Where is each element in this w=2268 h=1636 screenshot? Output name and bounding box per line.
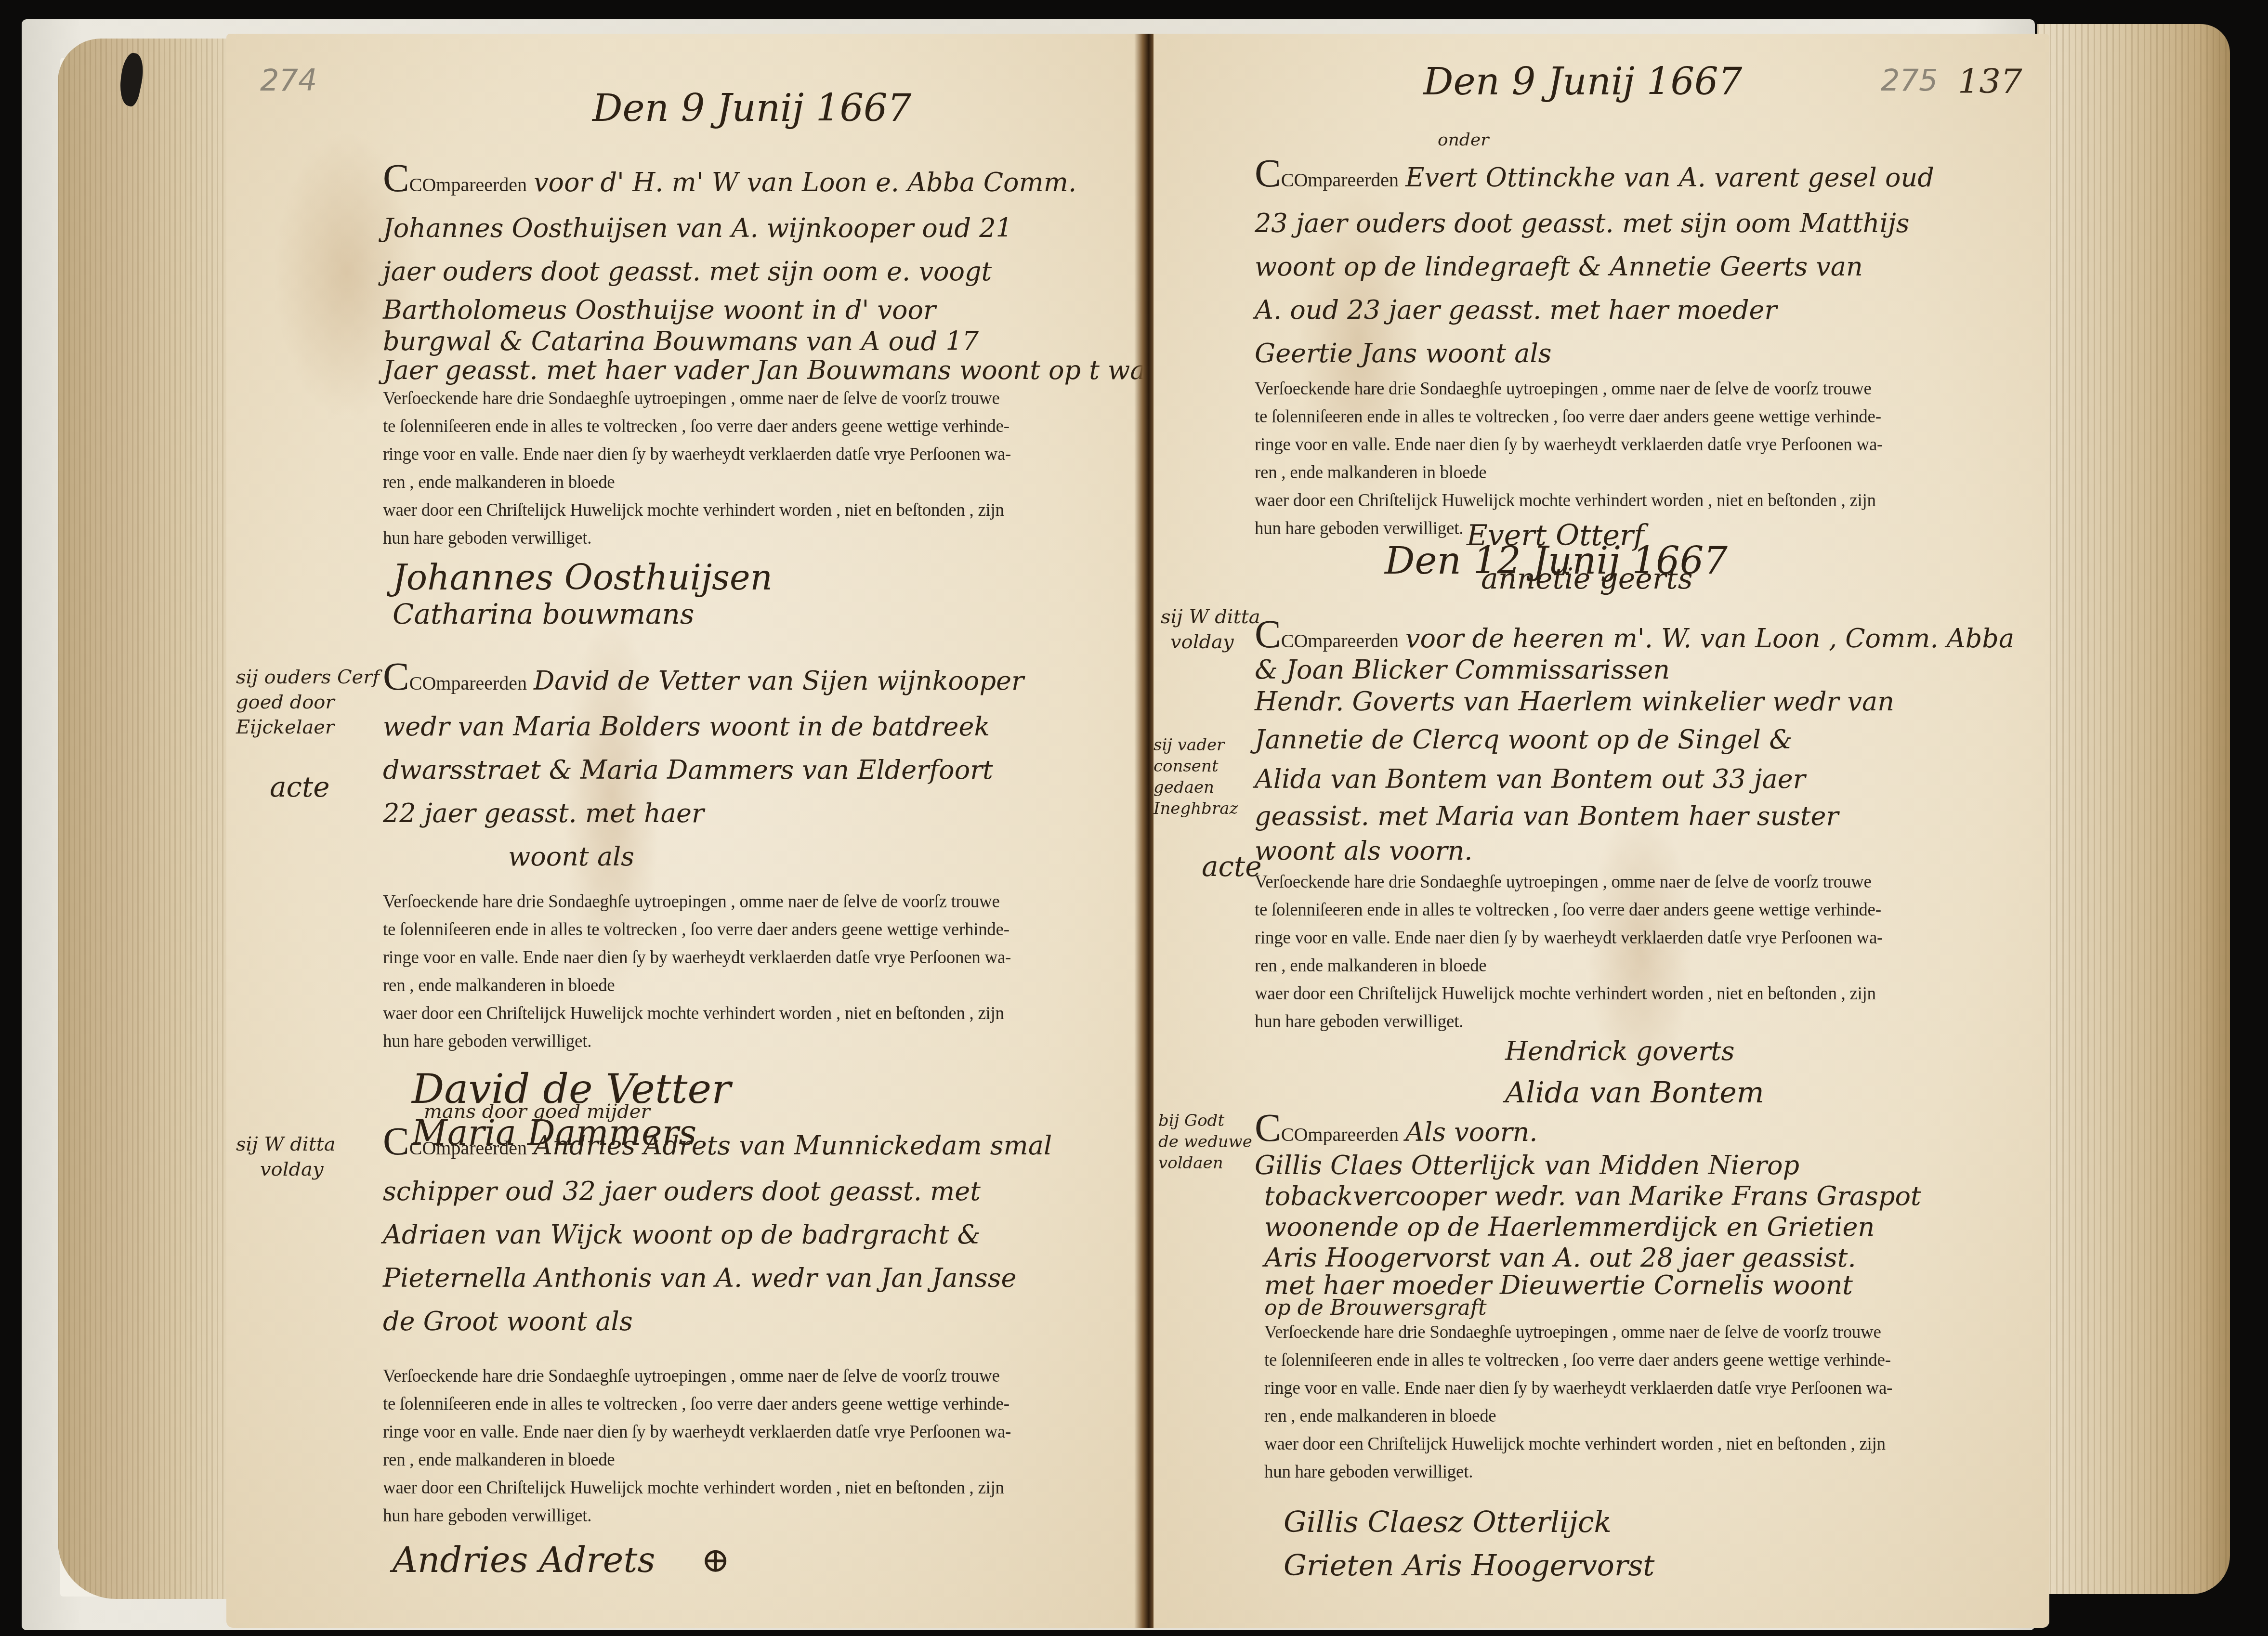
printed-formula: Verſoeckende hare drie Sondaeghſe uytroe… [1255, 868, 2014, 1036]
entry-line: & Joan Blicker Commissarissen [1255, 656, 2014, 683]
entry-line: burgwal & Catarina Bouwmans van A oud 17 [383, 327, 1184, 356]
entry-line: de Groot woont als [383, 1300, 1052, 1343]
entry-line: woonende op de Haerlemmerdijck en Grieti… [1264, 1212, 1921, 1243]
pencil-folio-number: 274 [260, 63, 317, 98]
printed-line: hun hare geboden verwilliget. [1264, 1458, 1921, 1486]
entry-2: CCOmpareerdenDavid de Vetter van Sijen w… [383, 655, 1024, 1153]
entry-line: CCOmpareerdenvoor d' H. m' W van Loon e.… [383, 157, 1184, 207]
entry-3: CCOmpareerdenAndries Adrets van Munnicke… [383, 1120, 1052, 1580]
margin-note: bij Godt de weduwe voldaen [1158, 1110, 1252, 1174]
margin-note-line: sij W ditta [236, 1132, 336, 1157]
signature-bride: Alida van Bontem [1505, 1076, 2014, 1110]
entry-line: Johannes Oosthuijsen van A. wijnkooper o… [383, 207, 1184, 250]
margin-note-line: voldaen [1158, 1152, 1252, 1174]
printed-line: te ſolenniſeeren ende in alles te voltre… [383, 1390, 1052, 1418]
signature-bride: Grieten Aris Hoogervorst [1284, 1549, 1921, 1583]
signature-groom: Johannes Oosthuijsen [393, 557, 1184, 598]
compareerden-printed-label: CCOmpareerden [1255, 152, 1399, 202]
entry-line: met haer moeder Dieuwertie Cornelis woon… [1264, 1273, 1921, 1297]
printed-line: waer door een Chriſtelijck Huwelijck moc… [1264, 1430, 1921, 1458]
printed-line: Verſoeckende hare drie Sondaeghſe uytroe… [1255, 375, 1934, 403]
printed-line: ringe voor en valle. Ende naer dien ſy b… [383, 441, 1184, 469]
entry-line: Adriaen van Wijck woont op de badrgracht… [383, 1213, 1052, 1256]
margin-note-acte: acte [270, 771, 330, 803]
printed-line: ren , ende malkanderen in bloede [383, 972, 1024, 1000]
printed-line: waer door een Chriſtelijck Huwelijck moc… [1255, 487, 1934, 515]
entry-1: CCOmpareerdenEvert Ottinckhe van A. vare… [1255, 152, 1934, 596]
entry-line: geassist. met Maria van Bontem haer sust… [1255, 799, 2014, 834]
margin-note-acte: acte [1202, 850, 1262, 883]
margin-note: sij W ditta volday [236, 1132, 336, 1182]
signature-groom: Hendrick goverts [1505, 1036, 2014, 1066]
ink-folio-number: 137 [1958, 62, 2022, 101]
entry-line: wedr van Maria Bolders woont in de batdr… [383, 705, 1024, 748]
margin-note-line: Ineghbraz [1154, 798, 1238, 819]
printed-line: te ſolenniſeeren ende in alles te voltre… [1255, 896, 2014, 924]
printed-line: hun hare geboden verwilliget. [383, 1028, 1024, 1056]
pencil-folio-number: 275 [1881, 63, 1938, 98]
margin-note-line: sij W ditta [1161, 604, 1260, 629]
printed-line: ren , ende malkanderen in bloede [1255, 459, 1934, 487]
entry-line: Hendr. Goverts van Haerlem winkelier wed… [1255, 683, 2014, 720]
entry-annotation: onder [1438, 130, 1489, 150]
printed-formula: Verſoeckende hare drie Sondaeghſe uytroe… [383, 385, 1184, 552]
margin-note-line: sij ouders Cerf [236, 665, 380, 690]
margin-note: sij vader consent gedaen Ineghbraz [1154, 734, 1238, 819]
printed-line: Verſoeckende hare drie Sondaeghſe uytroe… [383, 888, 1024, 916]
date-heading: Den 9 Junij 1667 [592, 87, 911, 130]
margin-note-line: sij vader [1154, 734, 1238, 756]
signature-groom: Gillis Claesz Otterlijck [1284, 1505, 1921, 1539]
signature-mark-bride: ⊕ [701, 1540, 730, 1580]
left-page: 274 Den 9 Junij 1667 CCOmpareerdenvoor d… [226, 34, 1144, 1628]
margin-note-line: consent [1154, 756, 1238, 777]
right-page-stack [2037, 24, 2230, 1594]
margin-note-line: gedaen [1154, 777, 1238, 798]
printed-line: ringe voor en valle. Ende naer dien ſy b… [383, 944, 1024, 972]
printed-line: ringe voor en valle. Ende naer dien ſy b… [1255, 431, 1934, 459]
compareerden-printed-label: CCOmpareerden [1255, 619, 1399, 656]
right-page: Den 9 Junij 1667 275 137 onder CCOmparee… [1154, 34, 2049, 1628]
compareerden-printed-label: CCOmpareerden [383, 655, 527, 705]
entry-line: schipper oud 32 jaer ouders doot geasst.… [383, 1170, 1052, 1213]
entry-line: Alida van Bontem van Bontem out 33 jaer [1255, 759, 2014, 799]
printed-formula: Verſoeckende hare drie Sondaeghſe uytroe… [1264, 1319, 1921, 1486]
entry-2: CCOmpareerdenvoor de heeren m'. W. van L… [1255, 619, 2014, 1110]
entry-line: Gillis Claes Otterlijck van Midden Niero… [1255, 1150, 1921, 1181]
entry-1: CCOmpareerdenvoor d' H. m' W van Loon e.… [383, 157, 1184, 630]
printed-line: ringe voor en valle. Ende naer dien ſy b… [1264, 1374, 1921, 1402]
entry-line: CCOmpareerdenDavid de Vetter van Sijen w… [383, 655, 1024, 705]
printed-line: Verſoeckende hare drie Sondaeghſe uytroe… [383, 1362, 1052, 1390]
entry-line: A. oud 23 jaer geasst. met haer moeder [1255, 288, 1934, 332]
printed-line: waer door een Chriſtelijck Huwelijck moc… [383, 497, 1184, 524]
margin-note-line: de weduwe [1158, 1131, 1252, 1152]
margin-note-line: bij Godt [1158, 1110, 1252, 1131]
entry-line: woont als [508, 835, 1024, 878]
margin-note-line: Eijckelaer [236, 715, 380, 740]
printed-line: Verſoeckende hare drie Sondaeghſe uytroe… [383, 385, 1184, 413]
margin-note-line: volday [260, 1157, 336, 1182]
margin-note: sij ouders Cerf goed door Eijckelaer [236, 665, 380, 740]
entry-line: CCOmpareerdenvoor de heeren m'. W. van L… [1255, 619, 2014, 656]
entry-line: CCOmpareerdenAndries Adrets van Munnicke… [383, 1120, 1052, 1170]
entry-line: Jannetie de Clercq woont op de Singel & [1255, 720, 2014, 759]
signature-bride: Catharina bouwmans [393, 598, 1184, 630]
entry-line: woont als voorn. [1255, 834, 2014, 868]
printed-line: te ſolenniſeeren ende in alles te voltre… [383, 916, 1024, 944]
margin-note: sij W ditta volday [1161, 604, 1260, 654]
entry-line: op de Brouwersgraft [1264, 1297, 1921, 1319]
printed-line: waer door een Chriſtelijck Huwelijck moc… [1255, 980, 2014, 1008]
printed-line: ren , ende malkanderen in bloede [1264, 1402, 1921, 1430]
printed-line: ren , ende malkanderen in bloede [1255, 952, 2014, 980]
entry-line: Geertie Jans woont als [1255, 332, 1934, 375]
entry-line: CCOmpareerdenEvert Ottinckhe van A. vare… [1255, 152, 1934, 202]
printed-line: waer door een Chriſtelijck Huwelijck moc… [383, 1474, 1052, 1502]
entry-line: Aris Hoogervorst van A. out 28 jaer geas… [1264, 1243, 1921, 1273]
entry-line: 23 jaer ouders doot geasst. met sijn oom… [1255, 202, 1934, 245]
date-heading: Den 9 Junij 1667 [1423, 60, 1742, 104]
printed-line: ren , ende malkanderen in bloede [383, 1446, 1052, 1474]
printed-line: ren , ende malkanderen in bloede [383, 469, 1184, 497]
printed-line: hun hare geboden verwilliget. [383, 1502, 1052, 1530]
printed-line: hun hare geboden verwilliget. [1255, 1008, 2014, 1036]
entry-line: Bartholomeus Oosthuijse woont in d' voor [383, 293, 1184, 327]
entry-line: Jaer geasst. met haer vader Jan Bouwmans… [383, 356, 1184, 385]
printed-formula: Verſoeckende hare drie Sondaeghſe uytroe… [383, 888, 1024, 1056]
entry-line: dwarsstraet & Maria Dammers van Elderfoo… [383, 748, 1024, 792]
compareerden-printed-label: CCOmpareerden [383, 157, 527, 207]
signature-row: Andries Adrets ⊕ [383, 1540, 1052, 1580]
printed-line: te ſolenniſeeren ende in alles te voltre… [1264, 1347, 1921, 1374]
date-heading-second: Den 12 Junij 1667 [1385, 539, 1728, 583]
printed-line: te ſolenniſeeren ende in alles te voltre… [383, 413, 1184, 441]
printed-line: Verſoeckende hare drie Sondaeghſe uytroe… [1255, 868, 2014, 896]
printed-formula: Verſoeckende hare drie Sondaeghſe uytroe… [1255, 375, 1934, 543]
entry-line: jaer ouders doot geasst. met sijn oom e.… [383, 250, 1184, 293]
printed-line: ringe voor en valle. Ende naer dien ſy b… [1255, 924, 2014, 952]
signature-groom: Andries Adrets [393, 1540, 655, 1580]
printed-formula: Verſoeckende hare drie Sondaeghſe uytroe… [383, 1362, 1052, 1530]
printed-line: ringe voor en valle. Ende naer dien ſy b… [383, 1418, 1052, 1446]
entry-line: CCOmpareerdenAls voorn. [1255, 1112, 1921, 1150]
margin-note-line: volday [1170, 629, 1260, 654]
printed-line: waer door een Chriſtelijck Huwelijck moc… [383, 1000, 1024, 1028]
entry-line: 22 jaer geasst. met haer [383, 792, 1024, 835]
entry-line: woont op de lindegraeft & Annetie Geerts… [1255, 245, 1934, 288]
margin-note-line: goed door [236, 690, 380, 715]
printed-line: hun hare geboden verwilliget. [383, 524, 1184, 552]
entry-line: tobackvercooper wedr. van Marike Frans G… [1264, 1181, 1921, 1212]
left-page-stack [58, 39, 231, 1599]
printed-line: te ſolenniſeeren ende in alles te voltre… [1255, 403, 1934, 431]
compareerden-printed-label: CCOmpareerden [1255, 1112, 1399, 1150]
compareerden-printed-label: CCOmpareerden [383, 1120, 527, 1170]
printed-line: Verſoeckende hare drie Sondaeghſe uytroe… [1264, 1319, 1921, 1347]
entry-3: CCOmpareerdenAls voorn. Gillis Claes Ott… [1255, 1112, 1921, 1583]
entry-line: Pieternella Anthonis van A. wedr van Jan… [383, 1256, 1052, 1300]
